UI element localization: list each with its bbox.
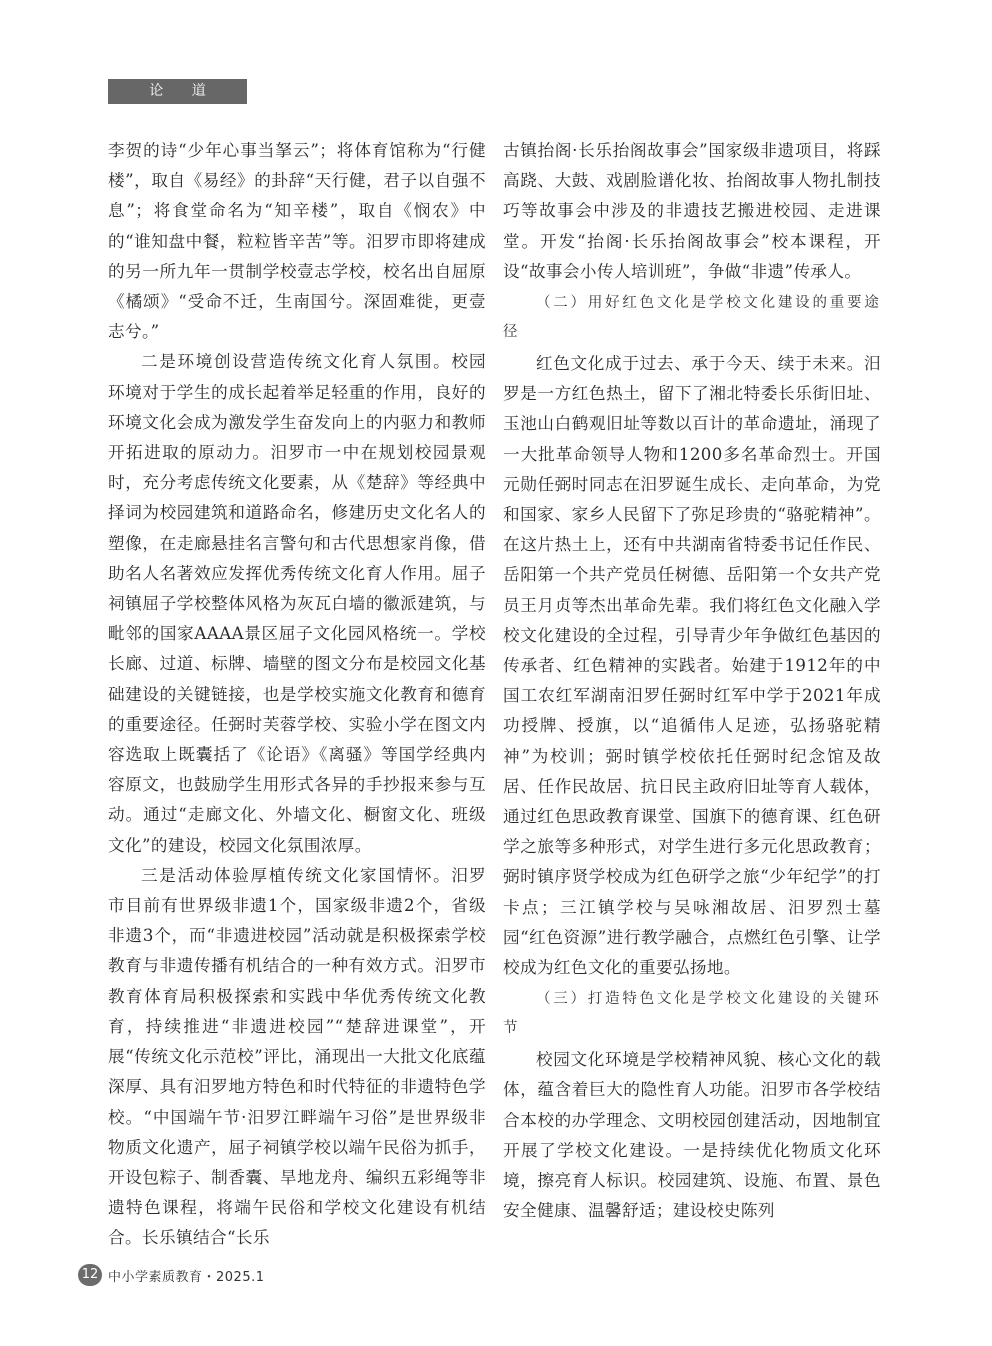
paragraph: 二是环境创设营造传统文化育人氛围。校园环境对于学生的成长起着举足轻重的作用，良好… (108, 347, 486, 860)
section-heading: （二）用好红色文化是学校文化建设的重要途径 (503, 289, 881, 347)
paragraph: 李贺的诗“少年心事当拏云”；将体育馆称为“行健楼”，取自《易经》的卦辞“天行健，… (108, 136, 486, 347)
paragraph: 校园文化环境是学校精神风貌、核心文化的载体，蕴含着巨大的隐性育人功能。汨罗市各学… (503, 1045, 881, 1226)
paragraph: 三是活动体验厚植传统文化家国情怀。汨罗市目前有世界级非遗1个，国家级非遗2个，省… (108, 861, 486, 1254)
page-number-badge: 12 (78, 1264, 102, 1286)
right-column: 古镇抬阁·长乐抬阁故事会”国家级非遗项目，将踩高跷、大鼓、戏剧脸谱化妆、抬阁故事… (503, 136, 881, 1227)
paragraph-lead: 三是活动体验厚植传统文化家国情怀。 (141, 866, 451, 885)
page-footer: 12 中小学素质教育・2025.1 (78, 1264, 265, 1286)
section-heading: （三）打造特色文化是学校文化建设的关键环节 (503, 985, 881, 1043)
paragraph: 古镇抬阁·长乐抬阁故事会”国家级非遗项目，将踩高跷、大鼓、戏剧脸谱化妆、抬阁故事… (503, 136, 881, 287)
paragraph: 红色文化成于过去、承于今天、续于未来。汨罗是一方红色热土，留下了湘北特委长乐街旧… (503, 349, 881, 983)
section-tag: 论 道 (108, 79, 247, 104)
paragraph-lead: 二是环境创设营造传统文化育人氛围。 (141, 352, 451, 371)
journal-name: 中小学素质教育・2025.1 (108, 1266, 265, 1285)
paragraph-body: 汨罗市目前有世界级非遗1个，国家级非遗2个，省级非遗3个，而“非遗进校园”活动就… (108, 866, 486, 1247)
section-label: 论 道 (149, 83, 217, 99)
paragraph-body: 校园环境对于学生的成长起着举足轻重的作用，良好的环境文化会成为激发学生奋发向上的… (108, 352, 486, 854)
left-column: 李贺的诗“少年心事当拏云”；将体育馆称为“行健楼”，取自《易经》的卦辞“天行健，… (108, 136, 486, 1254)
